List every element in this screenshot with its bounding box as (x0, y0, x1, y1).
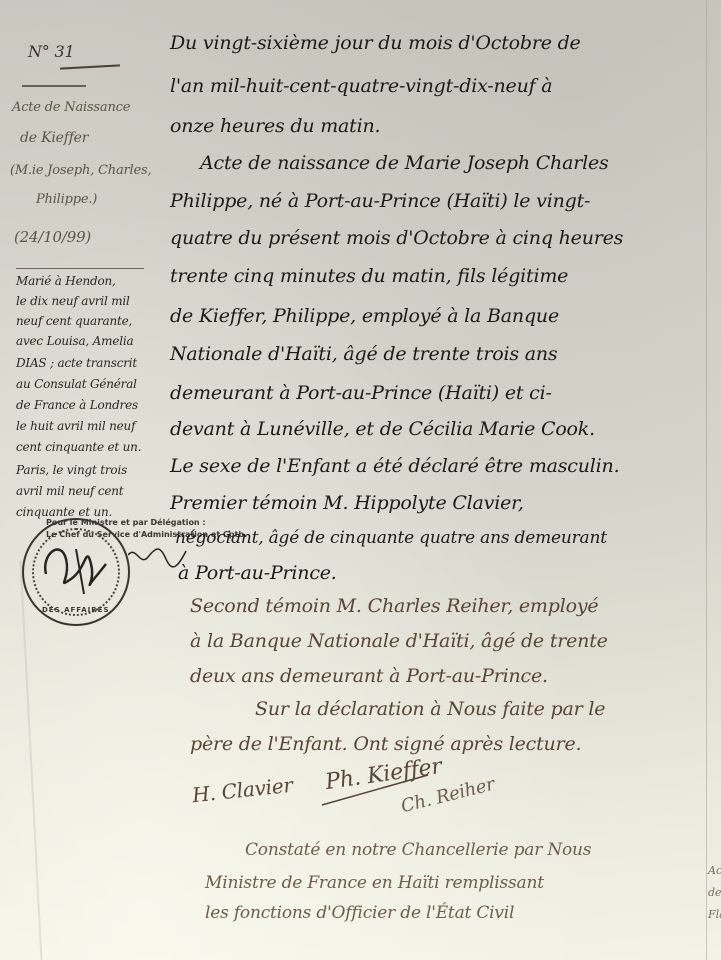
body-line: Second témoin M. Charles Reiher, employé (190, 595, 598, 617)
margin-date: (24/10/99) (14, 228, 91, 246)
margin-annotation-line: de France à Londres (16, 396, 138, 415)
document-page (0, 0, 721, 960)
body-line: Sur la déclaration à Nous faite par le (255, 698, 605, 720)
margin-heading-line: Philippe.) (36, 192, 97, 207)
body-line: Du vingt-sixième jour du mois d'Octobre … (170, 32, 581, 54)
body-line: Le sexe de l'Enfant a été déclaré être m… (170, 455, 619, 477)
act-number: N° 31 (28, 42, 74, 61)
body-line: demeurant à Port-au-Prince (Haïti) et ci… (170, 382, 552, 404)
margin-heading-line: Acte de Naissance (12, 100, 130, 115)
body-line: à la Banque Nationale d'Haïti, âgé de tr… (190, 630, 608, 652)
margin-annotation-line: cent cinquante et un. (16, 438, 141, 457)
margin-annotation-line: neuf cent quarante, (16, 312, 132, 331)
page-edge-rule (706, 0, 707, 960)
margin-annotation-line: DIAS ; acte transcrit (16, 354, 137, 373)
margin-annotation-line: le huit avril mil neuf (16, 417, 135, 436)
adjacent-page-fragments: Ac de Flau (708, 860, 721, 926)
body-line: à Port-au-Prince. (178, 562, 337, 584)
margin-annotation-line: le dix neuf avril mil (16, 292, 130, 311)
stamp-delegation-text: Pour le Ministre et par Délégation : (46, 518, 206, 527)
margin-divider (22, 85, 86, 87)
footer-line: Ministre de France en Haïti remplissant (205, 873, 544, 893)
margin-annotation-line: au Consulat Général (16, 375, 137, 394)
margin-annotation-line: avec Louisa, Amelia (16, 332, 133, 351)
margin-annotation-line: Paris, le vingt trois (16, 461, 127, 480)
body-line: onze heures du matin. (170, 115, 380, 137)
stamp-ring-text: DES AFFAIRES (42, 606, 109, 614)
body-line: père de l'Enfant. Ont signé après lectur… (190, 733, 581, 755)
adjacent-fragment: Ac (708, 860, 721, 882)
body-line: deux ans demeurant à Port-au-Prince. (190, 665, 548, 687)
adjacent-fragment: de (708, 882, 721, 904)
margin-annotation-line: avril mil neuf cent (16, 482, 123, 501)
body-line: Premier témoin M. Hippolyte Clavier, (170, 492, 524, 514)
stamp-signature-icon (36, 534, 116, 604)
body-line: l'an mil-huit-cent-quatre-vingt-dix-neuf… (170, 75, 552, 97)
footer-line: Constaté en notre Chancellerie par Nous (245, 840, 591, 860)
body-line: devant à Lunéville, et de Cécilia Marie … (170, 418, 595, 440)
margin-heading-line: (M.ie Joseph, Charles, (10, 163, 151, 178)
margin-divider-2 (16, 268, 144, 269)
body-line: négociant, âgé de cinquante quatre ans d… (175, 528, 607, 548)
margin-heading-line: de Kieffer (20, 130, 88, 146)
body-line: Nationale d'Haïti, âgé de trente trois a… (170, 343, 557, 365)
body-line: Acte de naissance de Marie Joseph Charle… (200, 152, 609, 174)
body-line: trente cinq minutes du matin, fils légit… (170, 265, 568, 287)
footer-line: les fonctions d'Officier de l'État Civil (205, 903, 514, 923)
margin-annotation-line: Marié à Hendon, (16, 272, 116, 291)
body-line: Philippe, né à Port-au-Prince (Haïti) le… (170, 190, 590, 212)
body-line: de Kieffer, Philippe, employé à la Banqu… (170, 305, 559, 327)
body-line: quatre du présent mois d'Octobre à cinq … (170, 227, 623, 249)
adjacent-fragment: Flau (708, 904, 721, 926)
